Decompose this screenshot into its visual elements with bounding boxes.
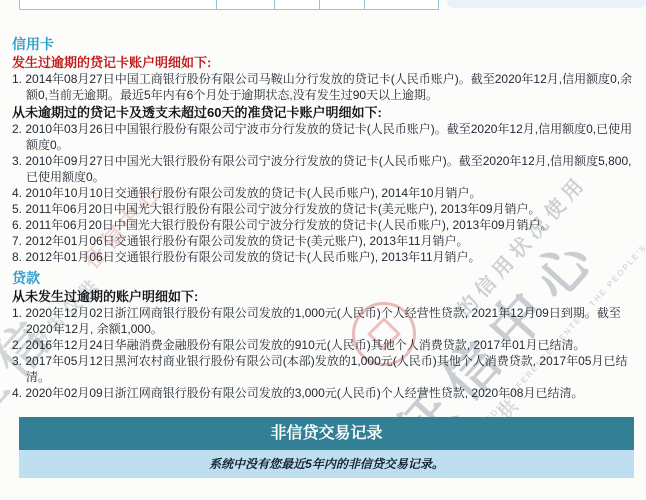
credit-card-section: 信用卡 发生过逾期的贷记卡账户明细如下: 1. 2014年08月27日中国工商银… — [12, 36, 636, 265]
credit-report-page: 征信中心 征信 CREDIT REFERENCE CENTER, THE PEO… — [0, 0, 646, 500]
overdue-cards-list: 1. 2014年08月27日中国工商银行股份有限公司马鞍山分行发放的贷记卡(人民… — [12, 71, 636, 103]
loan-heading: 从未发生过逾期的账户明细如下: — [12, 288, 636, 305]
list-item: 6. 2011年06月20日中国光大银行股份有限公司宁波分行发放的贷记卡(人民币… — [12, 217, 636, 233]
list-item: 1. 2014年08月27日中国工商银行股份有限公司马鞍山分行发放的贷记卡(人民… — [12, 71, 636, 103]
loan-list: 1. 2020年12月02日浙江网商银行股份有限公司发放的1,000元(人民币)… — [12, 305, 636, 401]
credit-card-section-title: 信用卡 — [12, 36, 636, 53]
list-item: 5. 2011年06月20日中国光大银行股份有限公司宁波分行发放的贷记卡(美元账… — [12, 201, 636, 217]
list-item: 3. 2010年09月27日中国光大银行股份有限公司宁波分行发放的贷记卡(人民币… — [12, 153, 636, 185]
never-overdue-cards-heading: 从未逾期过的贷记卡及透支未超过60天的准贷记卡账户明细如下: — [12, 104, 636, 121]
loan-section: 贷款 从未发生过逾期的账户明细如下: 1. 2020年12月02日浙江网商银行股… — [12, 270, 636, 401]
non-credit-banner-title: 非信贷交易记录 — [19, 417, 634, 450]
never-overdue-cards-list: 2. 2010年03月26日中国银行股份有限公司宁波市分行发放的贷记卡(人民币账… — [12, 121, 636, 265]
list-item: 2. 2010年03月26日中国银行股份有限公司宁波市分行发放的贷记卡(人民币账… — [12, 121, 636, 153]
list-item: 4. 2020年02月09日浙江网商银行股份有限公司发放的3,000元(人民币)… — [12, 385, 636, 401]
list-item: 1. 2020年12月02日浙江网商银行股份有限公司发放的1,000元(人民币)… — [12, 305, 636, 337]
loan-section-title: 贷款 — [12, 270, 636, 287]
list-item: 7. 2012年01月06日交通银行股份有限公司发放的贷记卡(美元账户), 20… — [12, 233, 636, 249]
non-credit-empty-message: 系统中没有您最近5年内的非信贷交易记录。 — [19, 450, 634, 478]
list-item: 8. 2012年01月06日交通银行股份有限公司发放的贷记卡(人民币账户), 2… — [12, 249, 636, 265]
non-credit-section: 非信贷交易记录 系统中没有您最近5年内的非信贷交易记录。 — [19, 417, 634, 478]
list-item: 3. 2017年05月12日黑河农村商业银行股份有限公司(本部)发放的1,000… — [12, 353, 636, 385]
report-content: 信用卡 发生过逾期的贷记卡账户明细如下: 1. 2014年08月27日中国工商银… — [0, 0, 646, 500]
non-credit-banner-body: 系统中没有您最近5年内的非信贷交易记录。 — [19, 450, 634, 478]
overdue-cards-heading: 发生过逾期的贷记卡账户明细如下: — [12, 54, 636, 71]
list-item: 2. 2016年12月24日华融消费金融股份有限公司发放的910元(人民币)其他… — [12, 337, 636, 353]
list-item: 4. 2010年10月10日交通银行股份有限公司发放的贷记卡(人民币账户), 2… — [12, 185, 636, 201]
